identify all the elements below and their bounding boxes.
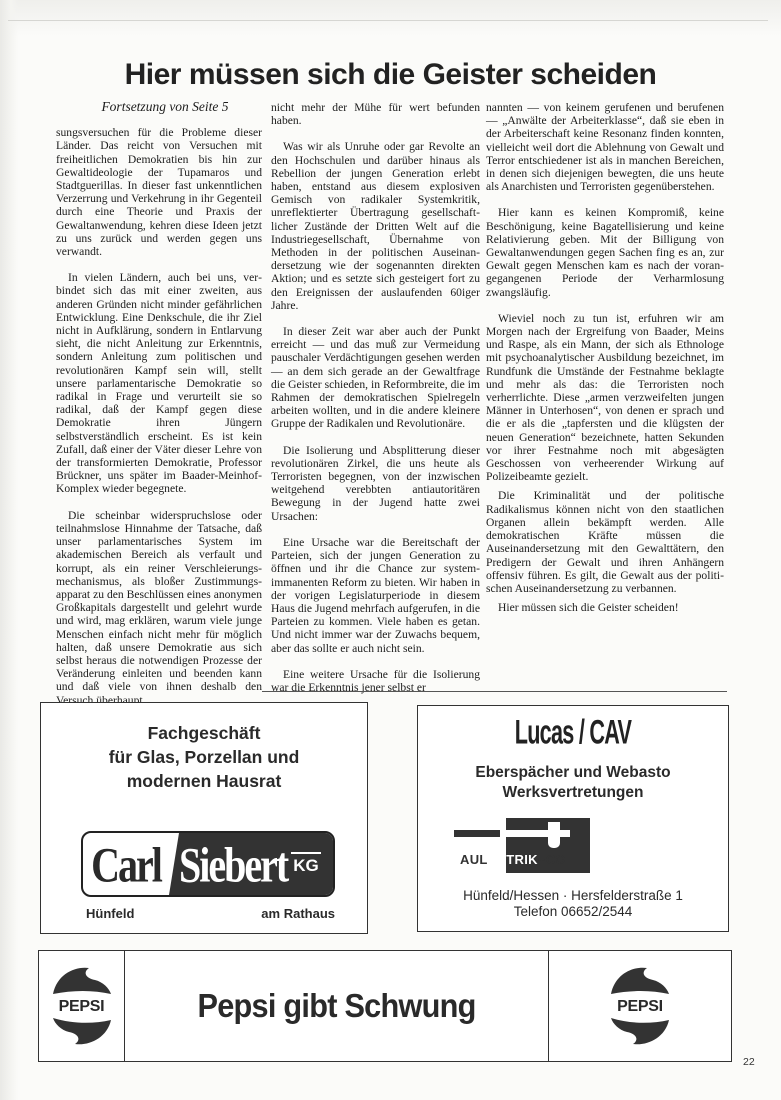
page-title: Hier müssen sich die Geister scheiden bbox=[0, 58, 781, 92]
pepsi-logo-icon: PEPSI bbox=[45, 964, 119, 1048]
ad-carl-siebert: Fachgeschäft für Glas, Porzellan und mod… bbox=[40, 702, 368, 934]
lucas-subtitle-line: Eberspächer und Webasto bbox=[418, 763, 728, 783]
siebert-location: am Rathaus bbox=[261, 906, 335, 921]
top-rule bbox=[8, 20, 768, 21]
caliper-jaw-icon bbox=[548, 822, 560, 848]
article-paragraph: nannten — von keinem gerufenen und beruf… bbox=[486, 101, 724, 193]
logo-kg-text: KG bbox=[291, 852, 321, 876]
logo-siebert-block: Siebert KG bbox=[169, 833, 333, 895]
aulektrik-text-dark: AUL bbox=[460, 852, 488, 867]
ad-section-divider bbox=[262, 691, 727, 692]
siebert-tagline: Fachgeschäft für Glas, Porzellan und mod… bbox=[41, 721, 367, 793]
logo-siebert-text: Siebert bbox=[179, 835, 287, 894]
pepsi-logo-icon: PEPSI bbox=[603, 964, 677, 1048]
article-closing-line: Hier müssen sich die Geister scheiden! bbox=[486, 601, 724, 614]
article-paragraph: Die scheinbar widerspruchslose oder teil… bbox=[56, 509, 262, 707]
pepsi-logo-left-cell: PEPSI bbox=[39, 951, 125, 1061]
article-paragraph: Hier kann es keinen Kompromiß, keine Bes… bbox=[486, 206, 724, 298]
article-paragraph: Die Kriminalität und der politische Radi… bbox=[486, 489, 724, 595]
lucas-subtitle-line: Werksvertretungen bbox=[418, 783, 728, 803]
lucas-address: Hünfeld/Hessen · Hersfelderstraße 1 bbox=[418, 888, 728, 904]
ad-lucas-cav: Lucas / CAV Eberspächer und Webasto Werk… bbox=[417, 705, 729, 932]
pepsi-slogan: Pepsi gibt Schwung bbox=[197, 987, 475, 1025]
article-column-1: Fortsetzung von Seite 5 sungsversuchen f… bbox=[56, 100, 262, 720]
aulektrik-text-suffix: +CO bbox=[538, 852, 566, 867]
article-paragraph: Wieviel noch zu tun ist, erfuhren wir am… bbox=[486, 312, 724, 484]
scan-shadow-top bbox=[0, 0, 781, 36]
siebert-line: für Glas, Porzellan und bbox=[41, 745, 367, 769]
article-paragraph: Die Isolierung und Absplitterung die­ser… bbox=[271, 444, 480, 523]
siebert-line: modernen Hausrat bbox=[41, 769, 367, 793]
siebert-town: Hünfeld bbox=[86, 906, 134, 921]
continued-from-note: Fortsetzung von Seite 5 bbox=[56, 100, 262, 113]
aulektrik-logo: AULEKTRIK+CO bbox=[454, 818, 694, 878]
lucas-subtitle: Eberspächer und Webasto Werksvertretunge… bbox=[418, 763, 728, 803]
article-paragraph: In vielen Ländern, auch bei uns, ver­bin… bbox=[56, 271, 262, 495]
scan-shadow-left bbox=[0, 0, 18, 1100]
ad-pepsi: PEPSI Pepsi gibt Schwung PEPSI bbox=[38, 950, 732, 1062]
aulektrik-wordmark: AULEKTRIK+CO bbox=[460, 852, 566, 867]
page-number: 22 bbox=[743, 1056, 755, 1068]
siebert-line: Fachgeschäft bbox=[41, 721, 367, 745]
pepsi-wordmark: PEPSI bbox=[603, 998, 677, 1016]
lucas-phone: Telefon 06652/2544 bbox=[418, 904, 728, 920]
carl-siebert-logo: Carl Siebert KG bbox=[81, 831, 335, 897]
pepsi-wordmark: PEPSI bbox=[45, 998, 119, 1016]
lucas-cav-logo: Lucas / CAV bbox=[461, 713, 684, 752]
article-column-2: nicht mehr der Mühe für wert befunden ha… bbox=[271, 101, 480, 707]
article-paragraph: Eine Ursache war die Bereitschaft der Pa… bbox=[271, 536, 480, 655]
article-column-3: nannten — von keinem gerufenen und beruf… bbox=[486, 101, 724, 627]
lucas-contact: Hünfeld/Hessen · Hersfelderstraße 1 Tele… bbox=[418, 888, 728, 920]
article-paragraph: Was wir als Unruhe oder gar Revolte an d… bbox=[271, 140, 480, 312]
pepsi-logo-right-cell: PEPSI bbox=[548, 951, 731, 1061]
logo-carl-text: Carl bbox=[83, 831, 169, 897]
article-paragraph: nicht mehr der Mühe für wert befunden ha… bbox=[271, 101, 480, 127]
aulektrik-text-inverse: EKTRIK bbox=[488, 852, 538, 867]
caliper-bar-icon bbox=[454, 830, 500, 837]
pepsi-slogan-cell: Pepsi gibt Schwung bbox=[125, 951, 548, 1061]
article-paragraph: sungsversuchen für die Probleme dieser L… bbox=[56, 126, 262, 258]
article-paragraph: In dieser Zeit war aber auch der Punkt e… bbox=[271, 325, 480, 431]
